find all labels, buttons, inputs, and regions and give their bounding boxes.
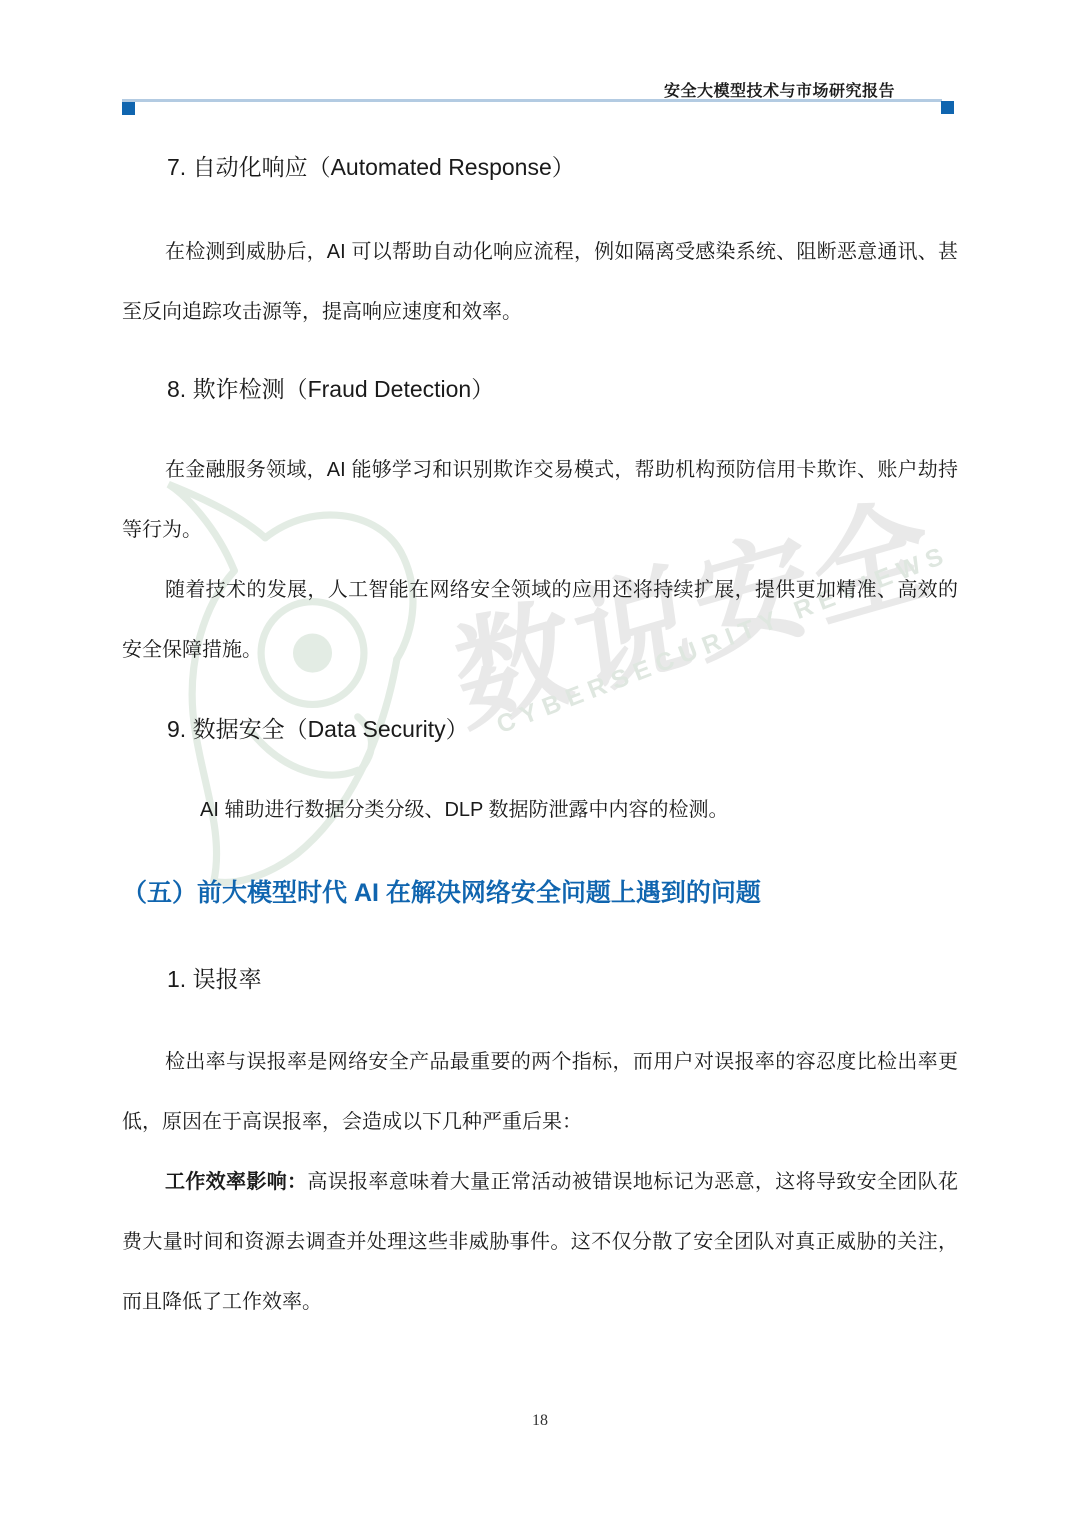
paragraph-work-efficiency: 工作效率影响：高误报率意味着大量正常活动被错误地标记为恶意，这将导致安全团队花费… [122, 1152, 958, 1332]
heading-data-security: 9. 数据安全（Data Security） [167, 712, 469, 746]
paragraph-automated-response: 在检测到威胁后，AI 可以帮助自动化响应流程，例如隔离受感染系统、阻断恶意通讯、… [122, 222, 958, 342]
header-accent-square-right [941, 101, 954, 114]
paragraph-false-positive-intro: 检出率与误报率是网络安全产品最重要的两个指标，而用户对误报率的容忍度比检出率更低… [122, 1032, 958, 1152]
report-page: 数说安全 CYBERSECURITY REVIEWS 安全大模型技术与市场研究报… [0, 0, 1080, 1527]
header-rule [122, 99, 942, 102]
heading-false-positive-rate: 1. 误报率 [167, 962, 262, 996]
page-number: 18 [0, 1412, 1080, 1430]
paragraph-ai-outlook: 随着技术的发展，人工智能在网络安全领域的应用还将持续扩展，提供更加精准、高效的安… [122, 560, 958, 680]
section-heading-5: （五）前大模型时代 AI 在解决网络安全问题上遇到的问题 [122, 874, 761, 912]
paragraph-fraud-detection: 在金融服务领域，AI 能够学习和识别欺诈交易模式，帮助机构预防信用卡欺诈、账户劫… [122, 440, 958, 560]
report-header-title: 安全大模型技术与市场研究报告 [664, 78, 895, 101]
paragraph-lead-bold: 工作效率影响： [165, 1171, 307, 1193]
heading-fraud-detection: 8. 欺诈检测（Fraud Detection） [167, 372, 494, 406]
header-accent-square-left [122, 102, 135, 115]
heading-automated-response: 7. 自动化响应（Automated Response） [167, 150, 575, 184]
paragraph-data-security: AI 辅助进行数据分类分级、DLP 数据防泄露中内容的检测。 [122, 780, 958, 840]
